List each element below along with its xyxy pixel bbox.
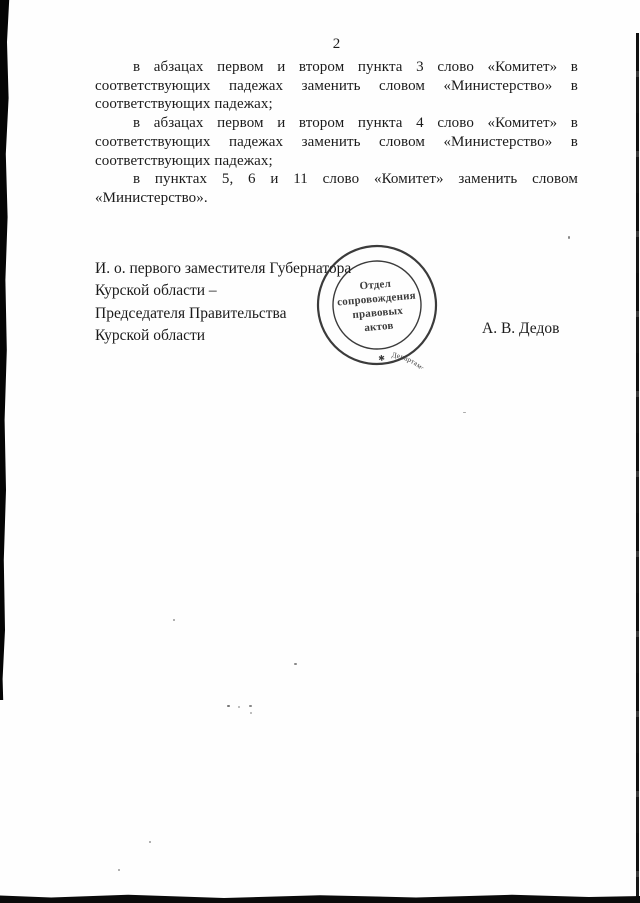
body-text-line: в абзацах первом и втором пункта 3 слово… [95,58,578,77]
scan-speck [250,712,252,714]
stamp-center-line: сопровождения [337,290,417,309]
body-text-line: соответствующих падежах заменить словом … [95,133,578,152]
scan-edge-bottom [0,893,640,903]
approval-stamp: Департамент документационного обеспечени… [304,232,449,377]
body-text-line: «Министерство». [95,189,578,208]
scan-edge-right [636,33,639,903]
page-number: 2 [95,36,578,53]
stamp-center-line: актов [364,320,394,335]
scan-speck [149,841,151,843]
stamp-outer-circle [313,241,441,369]
scan-speck [227,705,230,707]
body-text-line: в абзацах первом и втором пункта 4 слово… [95,114,578,133]
scan-speck [463,412,466,413]
scanned-document-page: 2 в абзацах первом и втором пункта 3 сло… [0,0,640,903]
scan-speck [173,619,175,621]
body-text-line: соответствующих падежах; [95,152,578,171]
scan-edge-left [0,0,10,700]
body-text-line: соответствующих падежах; [95,95,578,114]
scan-speck [118,869,120,871]
stamp-center-line: Отдел [359,278,391,293]
stamp-center-line: правовых [352,305,404,321]
stamp-star-icon: ✱ [378,353,386,363]
scan-speck [249,705,252,707]
body-paragraphs: в абзацах первом и втором пункта 3 слово… [95,58,578,208]
scan-speck [568,236,570,239]
body-text-line: соответствующих падежах заменить словом … [95,77,578,96]
scan-speck [294,663,297,665]
body-text-line: в пунктах 5, 6 и 11 слово «Комитет» заме… [95,170,578,189]
signatory-name: А. В. Дедов [482,320,559,338]
scan-speck [238,706,240,708]
